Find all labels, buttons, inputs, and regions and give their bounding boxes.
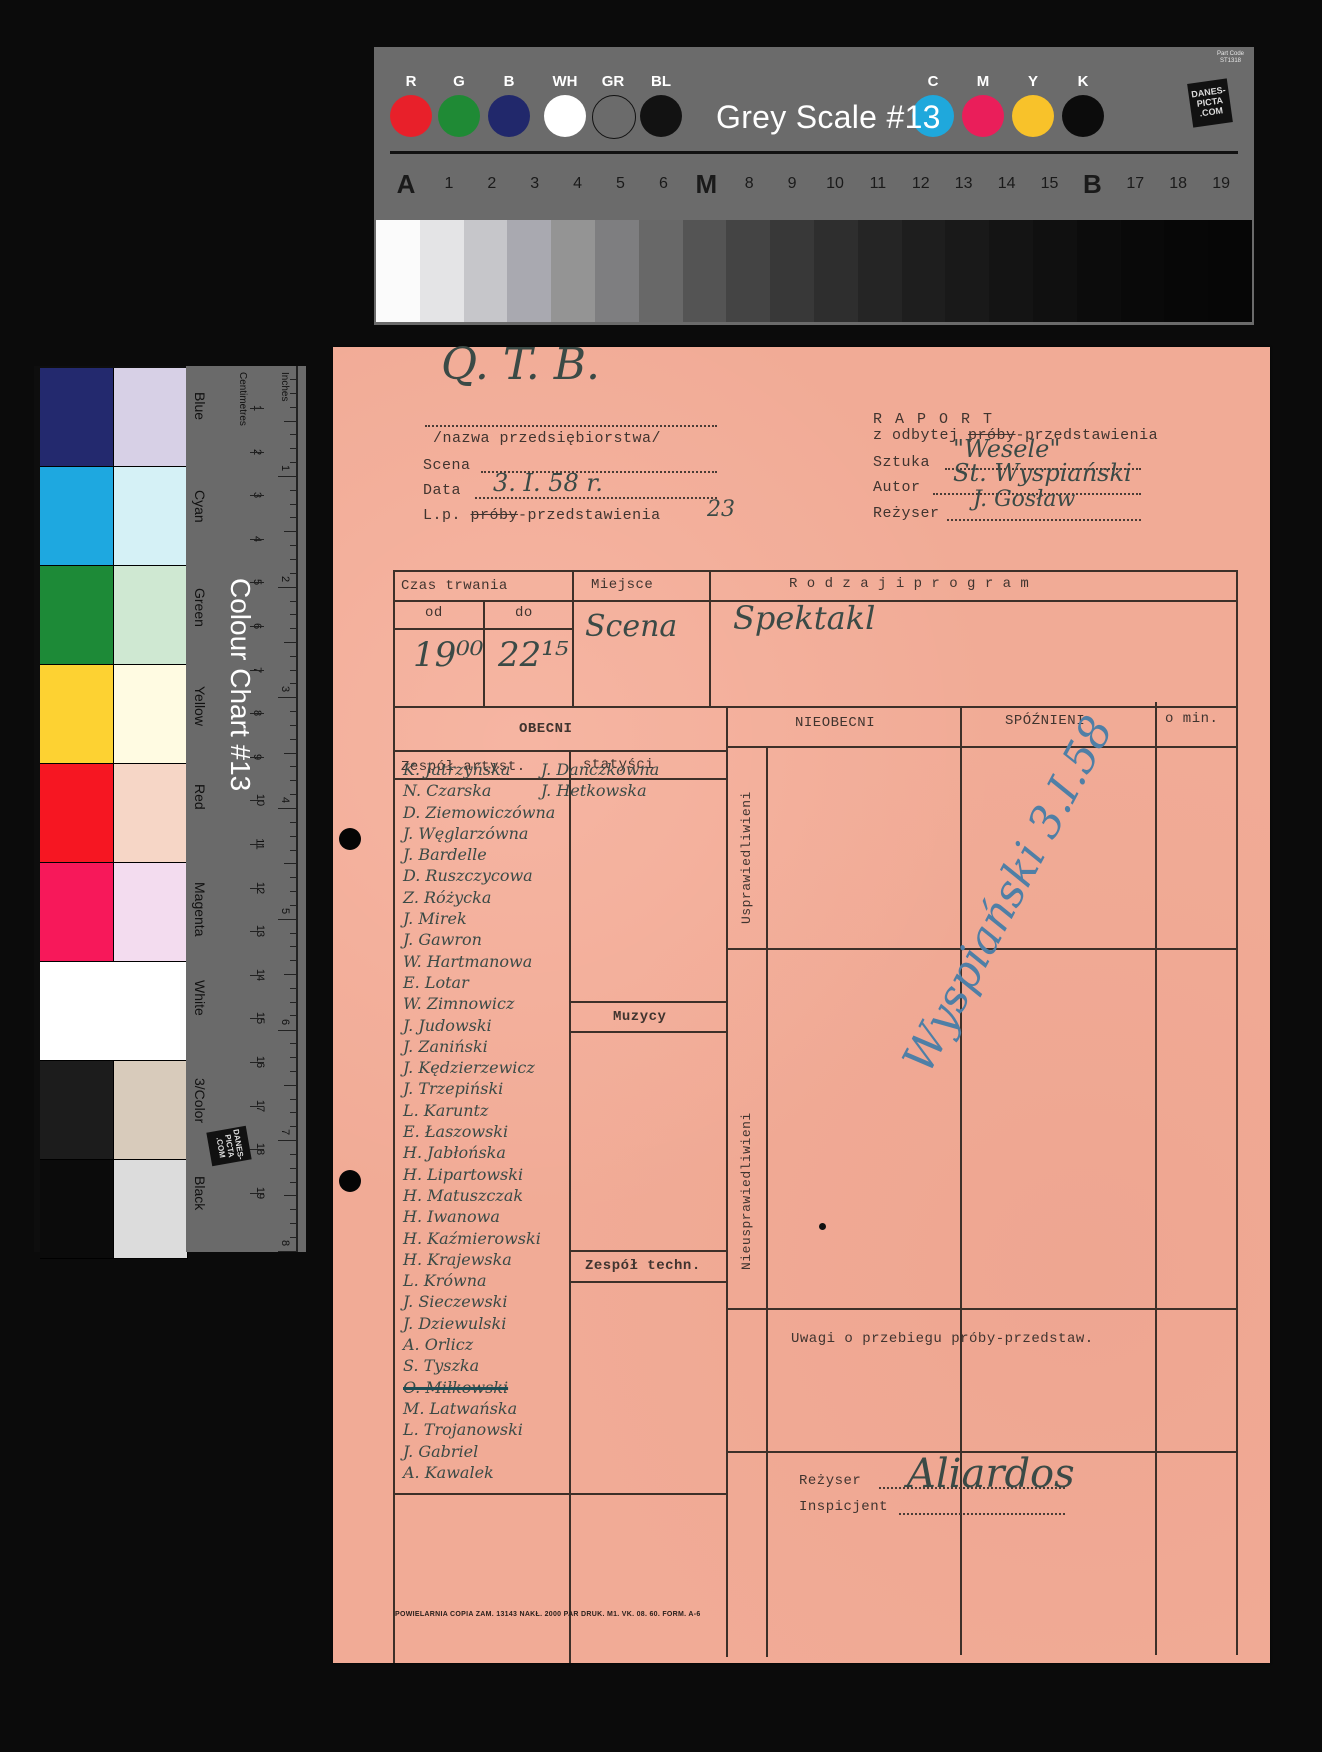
cast-member: W. Zimnowicz: [403, 994, 563, 1015]
dot-label: Y: [1013, 73, 1053, 90]
cast-member: A. Kawalek: [403, 1463, 563, 1484]
part-code: Part Code ST1318: [1217, 51, 1244, 65]
cm-tick: [250, 888, 264, 889]
cast-member: L. Karuntz: [403, 1101, 563, 1122]
inch-subtick: [284, 1085, 298, 1086]
scale-label: 6: [643, 175, 683, 193]
inch-subtick: [290, 1126, 298, 1127]
cast-member: H. Jabłońska: [403, 1143, 563, 1164]
inch-subtick: [290, 393, 298, 394]
grey-step: [420, 220, 464, 322]
inch-subtick: [290, 1237, 298, 1238]
cm-tick: [250, 408, 264, 409]
inch-subtick: [290, 1043, 298, 1044]
inch-subtick: [290, 766, 298, 767]
cast-list: K. JatrzyńskaN. CzarskaD. ZiemowiczównaJ…: [403, 760, 563, 1484]
miejsce-value: Scena: [585, 609, 677, 644]
inch-subtick: [290, 1168, 298, 1169]
inch-subtick: [290, 850, 298, 851]
scale-label: 19: [1201, 175, 1241, 193]
cast-member: H. Lipartowski: [403, 1165, 563, 1186]
cm-tick: [250, 670, 264, 671]
grey-step: [814, 220, 858, 322]
cast-member: S. Tyszka: [403, 1356, 563, 1377]
scena-label: Scena: [423, 457, 471, 474]
swatch-row: [40, 962, 188, 1061]
swatch-row: [40, 665, 188, 764]
inch-subtick: [290, 1112, 298, 1113]
inch-tick-label: 7: [279, 1129, 291, 1135]
swatch: [40, 467, 114, 565]
grey-step: [507, 220, 551, 322]
swatch: [40, 1160, 114, 1258]
do-value: 22¹⁵: [498, 635, 569, 675]
swatch-label: Red: [192, 784, 208, 810]
color-dot-r: [390, 95, 432, 137]
signature: Aliardos: [907, 1451, 1075, 1497]
swatch-label: Black: [192, 1176, 208, 1210]
grey-step: [551, 220, 595, 322]
centimetres-label: Centimetres: [237, 372, 248, 426]
rehearsal-report-form: Q. T. B. /nazwa przedsiębiorstwa/ Scena …: [333, 347, 1270, 1663]
grey-scale-labels: A123456M89101112131415B171819: [386, 175, 1246, 205]
swatch-row: [40, 1061, 188, 1160]
grid-line: [569, 1493, 727, 1495]
swatch-row: [40, 863, 188, 962]
grey-step: [902, 220, 946, 322]
scale-label: 10: [815, 175, 855, 193]
od-value: 19⁰⁰: [413, 635, 484, 675]
swatch-row: [40, 1160, 188, 1259]
cm-tick: [250, 452, 264, 453]
inch-tick-label: 5: [279, 908, 291, 914]
grey-step: [639, 220, 683, 322]
o-min-label: o min.: [1165, 711, 1218, 727]
inch-subtick: [290, 462, 298, 463]
inch-subtick: [290, 683, 298, 684]
miejsce-label: Miejsce: [591, 577, 653, 593]
scale-label: 11: [858, 175, 898, 193]
extra-member: J. Hetkowska: [541, 781, 659, 802]
cast-member: H. Iwanowa: [403, 1207, 563, 1228]
cm-tick: [250, 1193, 264, 1194]
danes-picta-logo: DANES-PICTA .COM: [1187, 78, 1233, 127]
color-dot-g: [438, 95, 480, 137]
autor-label: Autor: [873, 479, 921, 496]
punch-hole: [339, 828, 361, 850]
swatch-label: Cyan: [192, 490, 208, 523]
swatch-label: 3/Color: [192, 1078, 208, 1123]
inch-subtick: [284, 974, 298, 975]
cast-member: E. Łaszowski: [403, 1122, 563, 1143]
scale-label: 4: [558, 175, 598, 193]
swatch: [40, 863, 114, 961]
late-note-signature: Wyspiański 3.I.58: [893, 708, 1124, 1081]
swatch-label: Yellow: [192, 686, 208, 726]
inch-tick-label: 8: [279, 1240, 291, 1246]
cast-member: J. Kędzierzewicz: [403, 1058, 563, 1079]
inch-subtick: [284, 753, 298, 754]
swatch: [114, 1061, 188, 1159]
inch-tick: [278, 1251, 298, 1252]
inch-tick-label: 3: [279, 686, 291, 692]
cm-tick: [250, 1106, 264, 1107]
company-label: /nazwa przedsiębiorstwa/: [433, 430, 661, 447]
cm-tick: [250, 582, 264, 583]
grid-line: [709, 570, 711, 706]
inch-tick: [278, 697, 298, 698]
grid-line: [727, 1308, 1237, 1310]
dotted-line: [899, 1513, 1065, 1515]
data-label: Data: [423, 482, 461, 499]
inch-subtick: [290, 877, 298, 878]
grey-step: [1077, 220, 1121, 322]
inch-subtick: [290, 1223, 298, 1224]
grid-line: [393, 1493, 569, 1495]
zespol-techn-label: Zespół techn.: [585, 1258, 701, 1274]
grey-step: [945, 220, 989, 322]
lp-value: 23: [707, 497, 735, 522]
inch-subtick: [290, 379, 298, 380]
cast-member: M. Latwańska: [403, 1399, 563, 1420]
grid-line: [727, 746, 1237, 748]
cast-member: J. Trzepiński: [403, 1079, 563, 1100]
swatch: [40, 368, 114, 466]
cast-member: Z. Różycka: [403, 888, 563, 909]
grid-line: [726, 706, 728, 1657]
inch-subtick: [290, 725, 298, 726]
inch-subtick: [290, 960, 298, 961]
inch-subtick: [290, 988, 298, 989]
date-value: 3. I. 58 r.: [493, 469, 603, 497]
swatch: [114, 863, 188, 961]
cm-tick: [250, 713, 264, 714]
dot-label: R: [391, 73, 431, 90]
grid-line: [569, 1031, 727, 1033]
grid-line: [572, 570, 574, 706]
scale-label: 15: [1030, 175, 1070, 193]
inch-subtick: [284, 531, 298, 532]
color-dot-b: [488, 95, 530, 137]
rezyser-sign-label: Reżyser: [799, 1473, 861, 1489]
lp-suffix: -przedstawienia: [518, 507, 661, 524]
color-dot-k: [1062, 95, 1104, 137]
dot-label: C: [913, 73, 953, 90]
lp-prefix: L.p.: [423, 507, 461, 524]
dot-label: B: [489, 73, 529, 90]
grey-step: [1164, 220, 1208, 322]
scale-label: 2: [472, 175, 512, 193]
cast-member: J. Bardelle: [403, 845, 563, 866]
cast-member: D. Ruszczycowa: [403, 866, 563, 887]
inch-subtick: [290, 545, 298, 546]
cast-member: L. Krówna: [403, 1271, 563, 1292]
grid-line: [1236, 570, 1238, 1655]
swatch: [114, 467, 188, 565]
swatch: [114, 1160, 188, 1258]
dot-label: G: [439, 73, 479, 90]
part-code-value: ST1318: [1217, 58, 1244, 65]
inch-subtick: [290, 739, 298, 740]
cast-member: E. Lotar: [403, 973, 563, 994]
scale-label: 18: [1158, 175, 1198, 193]
grey-step: [989, 220, 1033, 322]
swatch: [40, 962, 188, 1060]
inch-subtick: [290, 794, 298, 795]
dot-label: GR: [593, 73, 633, 90]
cast-member: K. Jatrzyńska: [403, 760, 563, 781]
inch-subtick: [290, 905, 298, 906]
cast-member: W. Hartmanowa: [403, 952, 563, 973]
dotted-line: [425, 425, 717, 427]
grid-line: [1155, 702, 1157, 1655]
swatch: [114, 566, 188, 664]
cm-tick: [250, 844, 264, 845]
inch-tick-label: 2: [279, 576, 291, 582]
cast-member: O. Miłkowski: [403, 1378, 563, 1399]
grey-step: [376, 220, 420, 322]
inch-subtick: [290, 780, 298, 781]
grey-scale-card: Part Code ST1318 RGBWHGRBLCMYK Grey Scal…: [374, 47, 1254, 325]
inch-subtick: [290, 670, 298, 671]
scale-label: 3: [515, 175, 555, 193]
inch-subtick: [284, 421, 298, 422]
scale-label: M: [686, 169, 726, 200]
lp-struck: próby: [471, 507, 519, 524]
color-dot-bl: [640, 95, 682, 137]
cm-tick: [250, 800, 264, 801]
grid-line: [569, 1001, 727, 1003]
dot-label: BL: [641, 73, 681, 90]
inch-subtick: [284, 863, 298, 864]
inch-tick: [278, 808, 298, 809]
swatch-row: [40, 566, 188, 665]
cast-member: H. Krajewska: [403, 1250, 563, 1271]
inch-subtick: [290, 559, 298, 560]
scale-label: 12: [901, 175, 941, 193]
extra-member: J. Danczkowna: [541, 760, 659, 781]
inch-subtick: [290, 711, 298, 712]
od-label: od: [425, 605, 443, 621]
nieusprawiedliwieni-label: Nieusprawiedliwieni: [739, 1112, 754, 1270]
inch-subtick: [290, 573, 298, 574]
scale-label: B: [1072, 169, 1112, 200]
colour-chart-card: Centimetres Inches Colour Chart #13 Blue…: [34, 366, 306, 1252]
punch-hole: [339, 1170, 361, 1192]
inch-subtick: [290, 1057, 298, 1058]
color-dot-gr: [592, 95, 636, 139]
color-dot-y: [1012, 95, 1054, 137]
inch-subtick: [290, 933, 298, 934]
swatch: [40, 566, 114, 664]
rezyser-label: Reżyser: [873, 505, 940, 522]
cast-member: J. Gabriel: [403, 1442, 563, 1463]
inch-subtick: [290, 656, 298, 657]
swatch: [114, 764, 188, 862]
colour-swatches: [40, 368, 188, 1250]
dot-label: WH: [545, 73, 585, 90]
scale-label: 5: [601, 175, 641, 193]
inch-subtick: [290, 504, 298, 505]
inch-subtick: [290, 836, 298, 837]
inch-tick: [278, 919, 298, 920]
inch-subtick: [290, 407, 298, 408]
cast-member: J. Judowski: [403, 1016, 563, 1037]
grid-line: [569, 1281, 727, 1283]
obecni-label: OBECNI: [519, 721, 572, 737]
dot-label: M: [963, 73, 1003, 90]
cast-member: D. Ziemowiczówna: [403, 803, 563, 824]
cm-tick: [250, 757, 264, 758]
grid-line: [393, 706, 1237, 708]
inches-label: Inches: [279, 372, 290, 401]
cast-member: A. Orlicz: [403, 1335, 563, 1356]
color-dot-m: [962, 95, 1004, 137]
scale-label: A: [386, 169, 426, 200]
inspicjent-label: Inspicjent: [799, 1499, 888, 1515]
rodzaj-value: Spektakl: [733, 599, 875, 637]
scale-label: 13: [944, 175, 984, 193]
grey-step: [726, 220, 770, 322]
cast-member: J. Dziewulski: [403, 1314, 563, 1335]
inch-subtick: [290, 1099, 298, 1100]
cm-tick: [250, 539, 264, 540]
uwagi-label: Uwagi o przebiegu próby-przedstaw.: [791, 1331, 1094, 1347]
inch-subtick: [290, 1154, 298, 1155]
nieobecni-label: NIEOBECNI: [795, 715, 875, 731]
grid-line: [766, 746, 768, 1657]
czas-trwania-label: Czas trwania: [401, 578, 508, 594]
inch-subtick: [284, 642, 298, 643]
swatch: [40, 665, 114, 763]
ruler: Centimetres Inches Colour Chart #13 Blue…: [186, 366, 306, 1252]
cast-member: J. Zaniński: [403, 1037, 563, 1058]
lp-label: L.p. próby-przedstawienia: [423, 507, 661, 524]
inch-subtick: [290, 1002, 298, 1003]
sztuka-label: Sztuka: [873, 454, 930, 471]
grey-scale-strip: [376, 220, 1252, 322]
swatch-label: Magenta: [192, 882, 208, 936]
cast-member: L. Trojanowski: [403, 1420, 563, 1441]
inch-subtick: [284, 1195, 298, 1196]
dotted-line: [475, 497, 717, 499]
scale-label: 17: [1115, 175, 1155, 193]
grey-step: [1121, 220, 1165, 322]
inch-subtick: [290, 822, 298, 823]
dotted-line: [947, 519, 1141, 521]
scale-label: 1: [429, 175, 469, 193]
color-dot-wh: [544, 95, 586, 137]
cast-member: J. Sieczewski: [403, 1292, 563, 1313]
grid-line: [393, 750, 727, 752]
cast-member: J. Węglarzówna: [403, 824, 563, 845]
cm-tick: [250, 931, 264, 932]
scale-label: 8: [729, 175, 769, 193]
part-code-label: Part Code: [1217, 51, 1244, 58]
inch-subtick: [290, 448, 298, 449]
muzycy-label: Muzycy: [613, 1009, 666, 1025]
grey-step: [683, 220, 727, 322]
statysci-list: J. DanczkownaJ. Hetkowska: [541, 760, 659, 803]
cm-tick: [250, 495, 264, 496]
inch-subtick: [290, 1071, 298, 1072]
dot-label: K: [1063, 73, 1103, 90]
printer-footer: POWIELARNIA COPIA ZAM. 13143 NAKŁ. 2000 …: [395, 1611, 701, 1618]
inch-subtick: [290, 601, 298, 602]
inch-subtick: [290, 1015, 298, 1016]
ink-dot: [819, 1223, 826, 1230]
inch-subtick: [290, 517, 298, 518]
inch-subtick: [290, 614, 298, 615]
swatch: [40, 1061, 114, 1159]
cast-member: J. Gawron: [403, 930, 563, 951]
inch-subtick: [290, 490, 298, 491]
swatch-row: [40, 467, 188, 566]
grey-step: [595, 220, 639, 322]
divider: [390, 151, 1238, 154]
inch-subtick: [290, 434, 298, 435]
inch-tick-label: 6: [279, 1018, 291, 1024]
inch-tick: [278, 1030, 298, 1031]
inch-tick: [278, 476, 298, 477]
subtitle-prefix: z odbytej: [873, 427, 959, 444]
cast-member: H. Matuszczak: [403, 1186, 563, 1207]
cm-tick: [250, 975, 264, 976]
swatch-label: White: [192, 980, 208, 1016]
cm-tick: [250, 626, 264, 627]
swatch: [114, 665, 188, 763]
inch-subtick: [290, 891, 298, 892]
report-title: R A P O R T: [873, 411, 994, 428]
inch-subtick: [290, 1182, 298, 1183]
inch-subtick: [290, 1209, 298, 1210]
inch-subtick: [290, 628, 298, 629]
grey-step: [1033, 220, 1077, 322]
do-label: do: [515, 605, 533, 621]
cm-tick: [250, 1062, 264, 1063]
cast-member: N. Czarska: [403, 781, 563, 802]
scale-label: 14: [987, 175, 1027, 193]
grey-step: [770, 220, 814, 322]
inch-subtick: [290, 946, 298, 947]
swatch-row: [40, 764, 188, 863]
grey-scale-title: Grey Scale #13: [716, 99, 941, 136]
grey-step: [858, 220, 902, 322]
inch-tick: [278, 587, 298, 588]
swatch-label: Green: [192, 588, 208, 627]
grey-step: [464, 220, 508, 322]
cm-tick: [250, 1149, 264, 1150]
grid-line: [569, 750, 571, 1663]
swatch-row: [40, 368, 188, 467]
swatch-label: Blue: [192, 392, 208, 420]
inch-tick-label: 1: [279, 465, 291, 471]
company-handwritten: Q. T. B.: [441, 339, 600, 390]
inch-tick-label: 4: [279, 797, 291, 803]
inch-tick: [278, 1140, 298, 1141]
rezyser-value: J. Gosław: [973, 487, 1075, 512]
cm-tick: [250, 1018, 264, 1019]
cast-member: H. Kaźmierowski: [403, 1229, 563, 1250]
grid-line: [393, 570, 1237, 572]
scale-label: 9: [772, 175, 812, 193]
danes-picta-logo: DANES-PICTA .COM: [206, 1126, 251, 1166]
cast-member: J. Mirek: [403, 909, 563, 930]
grid-line: [393, 570, 395, 1663]
rodzaj-label: R o d z a j i p r o g r a m: [789, 576, 1029, 592]
usprawiedliwieni-label: Usprawiedliwieni: [739, 791, 754, 924]
autor-value: St. Wyspiański: [953, 459, 1132, 487]
